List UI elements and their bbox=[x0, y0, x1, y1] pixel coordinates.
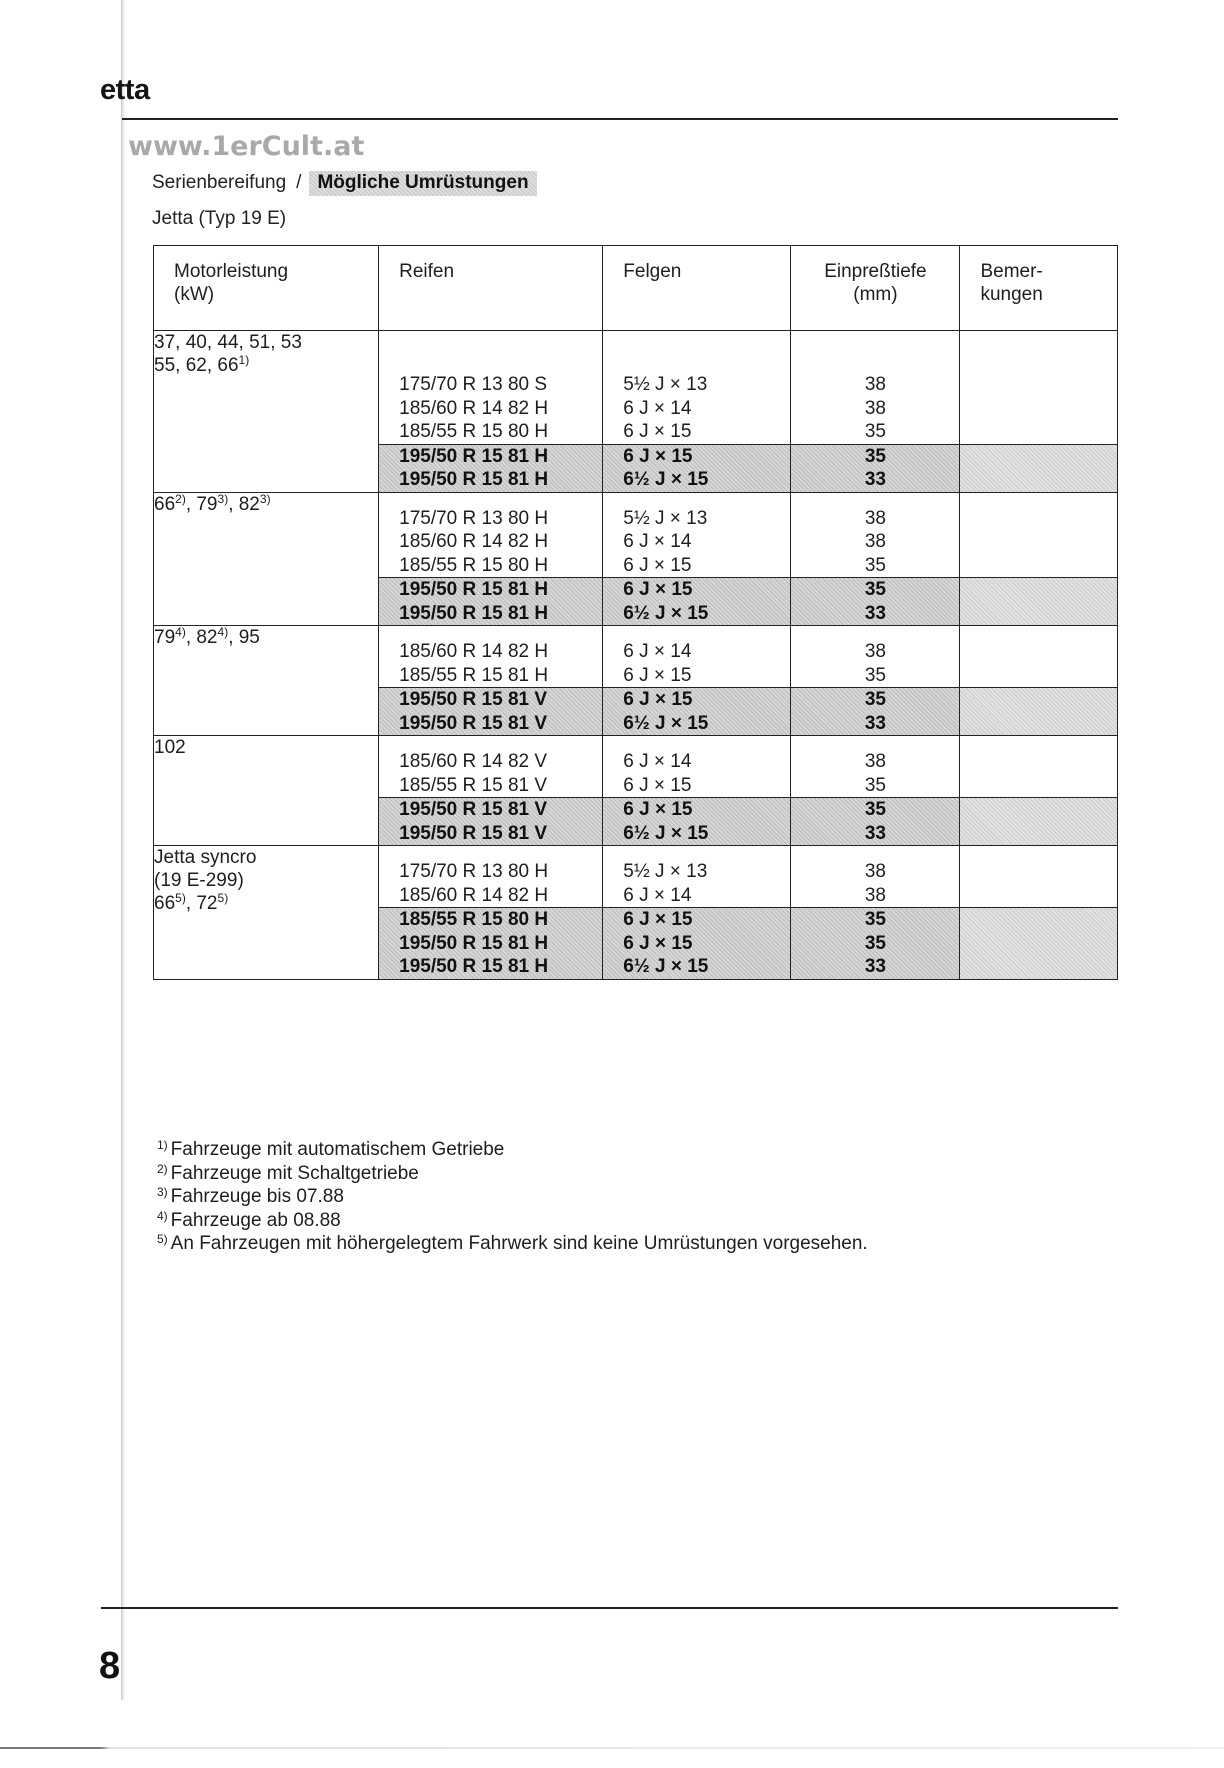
motor-power-text: 79 bbox=[154, 627, 175, 648]
std-rim-cell: 5½ J × 136 J × 146 J × 15 bbox=[603, 492, 791, 578]
alt-rim-cell: 6 J × 156½ J × 15 bbox=[603, 798, 791, 846]
depth-value: 38 bbox=[791, 640, 959, 664]
rim-value: 5½ J × 13 bbox=[623, 860, 790, 884]
tyre-value: 195/50 R 15 81 H bbox=[399, 578, 602, 602]
watermark: www.1erCult.at bbox=[128, 131, 364, 162]
alt-tyre-cell: 195/50 R 15 81 V195/50 R 15 81 V bbox=[379, 798, 603, 846]
tyre-value: 195/50 R 15 81 H bbox=[399, 445, 602, 469]
rim-value: 6 J × 14 bbox=[623, 750, 790, 774]
rim-value: 6 J × 15 bbox=[623, 908, 790, 932]
tyre-value: 195/50 R 15 81 V bbox=[399, 712, 602, 736]
motor-power-text: (19 E-299) bbox=[154, 870, 244, 891]
tyre-value: 185/60 R 14 82 H bbox=[399, 884, 602, 908]
motor-power-cell: Jetta syncro(19 E-299)665), 725) bbox=[154, 846, 379, 980]
notes-cell bbox=[960, 578, 1118, 626]
notes-cell bbox=[960, 444, 1118, 492]
std-depth-cell: 383835 bbox=[791, 492, 960, 578]
depth-value: 35 bbox=[791, 688, 959, 712]
header-motor: Motorleistung (kW) bbox=[154, 246, 379, 331]
rim-value: 6 J × 15 bbox=[623, 932, 790, 956]
std-rim-cell: 6 J × 146 J × 15 bbox=[603, 736, 791, 798]
title-divider bbox=[122, 118, 1118, 120]
depth-value: 35 bbox=[791, 664, 959, 688]
footnote-ref: 5) bbox=[218, 891, 229, 905]
footnote-ref: 1) bbox=[239, 353, 250, 367]
rim-value: 6 J × 15 bbox=[623, 664, 790, 688]
footnote-mark: 4) bbox=[157, 1209, 168, 1223]
depth-value: 33 bbox=[791, 602, 959, 626]
tyre-value: 195/50 R 15 81 H bbox=[399, 955, 602, 979]
motor-power-text: , 95 bbox=[228, 627, 260, 648]
alt-tyre-cell: 185/55 R 15 80 H195/50 R 15 81 H195/50 R… bbox=[379, 908, 603, 980]
depth-value: 35 bbox=[791, 774, 959, 798]
tyre-rim-table: Motorleistung (kW) Reifen Felgen Einpreß… bbox=[153, 245, 1118, 980]
table-row-standard: 37, 40, 44, 51, 5355, 62, 661)175/70 R 1… bbox=[154, 331, 1118, 445]
footnote-mark: 5) bbox=[157, 1232, 168, 1246]
tyre-value: 195/50 R 15 81 H bbox=[399, 602, 602, 626]
footnotes: 1)Fahrzeuge mit automatischem Getriebe2)… bbox=[157, 1138, 868, 1256]
header-tyres: Reifen bbox=[379, 246, 603, 331]
subtitle-options-highlight: Mögliche Umrüstungen bbox=[309, 171, 536, 196]
motor-power-cell: 102 bbox=[154, 736, 379, 846]
table-header-row: Motorleistung (kW) Reifen Felgen Einpreß… bbox=[154, 246, 1118, 331]
alt-depth-cell: 353533 bbox=[791, 908, 960, 980]
tyre-value: 195/50 R 15 81 H bbox=[399, 932, 602, 956]
std-depth-cell: 3835 bbox=[791, 626, 960, 688]
std-tyre-cell: 175/70 R 13 80 S185/60 R 14 82 H185/55 R… bbox=[379, 331, 603, 445]
alt-rim-cell: 6 J × 156½ J × 15 bbox=[603, 444, 791, 492]
motor-power-text: , 82 bbox=[228, 494, 260, 515]
rim-value: 6 J × 15 bbox=[623, 798, 790, 822]
motor-power-text: 37, 40, 44, 51, 53 bbox=[154, 332, 302, 353]
depth-value: 35 bbox=[791, 420, 959, 444]
scan-edge bbox=[0, 1747, 1224, 1749]
notes-cell bbox=[960, 798, 1118, 846]
tyre-value: 185/60 R 14 82 H bbox=[399, 530, 602, 554]
footnote-ref: 3) bbox=[260, 492, 271, 506]
page-number: 8 bbox=[99, 1645, 120, 1688]
footnote: 2)Fahrzeuge mit Schaltgetriebe bbox=[157, 1162, 868, 1186]
notes-cell bbox=[960, 688, 1118, 736]
std-rim-cell: 5½ J × 136 J × 146 J × 15 bbox=[603, 331, 791, 445]
motor-power-cell: 662), 793), 823) bbox=[154, 492, 379, 626]
alt-depth-cell: 3533 bbox=[791, 578, 960, 626]
rim-value: 6½ J × 15 bbox=[623, 602, 790, 626]
footer-divider bbox=[101, 1607, 1118, 1609]
alt-depth-cell: 3533 bbox=[791, 798, 960, 846]
rim-value: 6 J × 15 bbox=[623, 578, 790, 602]
motor-power-cell: 794), 824), 95 bbox=[154, 626, 379, 736]
tyre-value: 175/70 R 13 80 H bbox=[399, 507, 602, 531]
notes-cell bbox=[960, 331, 1118, 445]
rim-value: 6 J × 15 bbox=[623, 774, 790, 798]
subtitle-separator: / bbox=[296, 172, 301, 193]
tyre-value: 185/55 R 15 81 V bbox=[399, 774, 602, 798]
std-rim-cell: 5½ J × 136 J × 14 bbox=[603, 846, 791, 908]
depth-value: 33 bbox=[791, 468, 959, 492]
subtitle-standard: Serienbereifung bbox=[152, 172, 286, 193]
tyre-value: 195/50 R 15 81 V bbox=[399, 798, 602, 822]
section-subtitle: Serienbereifung/Mögliche Umrüstungen bbox=[152, 171, 537, 196]
alt-rim-cell: 6 J × 156½ J × 15 bbox=[603, 688, 791, 736]
depth-value: 38 bbox=[791, 884, 959, 908]
table-row-standard: 794), 824), 95185/60 R 14 82 H185/55 R 1… bbox=[154, 626, 1118, 688]
notes-cell bbox=[960, 846, 1118, 908]
depth-value: 35 bbox=[791, 578, 959, 602]
motor-power-text: 102 bbox=[154, 737, 186, 758]
table-row-standard: 102185/60 R 14 82 V185/55 R 15 81 V6 J ×… bbox=[154, 736, 1118, 798]
footnote-text: Fahrzeuge ab 08.88 bbox=[171, 1210, 341, 1231]
header-rims: Felgen bbox=[603, 246, 791, 331]
depth-value: 33 bbox=[791, 712, 959, 736]
std-depth-cell: 3838 bbox=[791, 846, 960, 908]
depth-value: 33 bbox=[791, 955, 959, 979]
rim-value: 6 J × 14 bbox=[623, 884, 790, 908]
rim-value: 6½ J × 15 bbox=[623, 712, 790, 736]
depth-value: 33 bbox=[791, 822, 959, 846]
motor-power-text: 66 bbox=[154, 893, 175, 914]
rim-value: 6 J × 14 bbox=[623, 530, 790, 554]
tyre-value: 185/60 R 14 82 V bbox=[399, 750, 602, 774]
footnote-ref: 5) bbox=[175, 891, 186, 905]
footnote: 3)Fahrzeuge bis 07.88 bbox=[157, 1185, 868, 1209]
tyre-value: 175/70 R 13 80 H bbox=[399, 860, 602, 884]
notes-cell bbox=[960, 492, 1118, 578]
depth-value: 38 bbox=[791, 507, 959, 531]
footnote: 5)An Fahrzeugen mit höhergelegtem Fahrwe… bbox=[157, 1232, 868, 1256]
alt-depth-cell: 3533 bbox=[791, 688, 960, 736]
depth-value: 38 bbox=[791, 860, 959, 884]
std-tyre-cell: 175/70 R 13 80 H185/60 R 14 82 H185/55 R… bbox=[379, 492, 603, 578]
tyre-value: 185/55 R 15 81 H bbox=[399, 664, 602, 688]
tyre-value: 195/50 R 15 81 V bbox=[399, 688, 602, 712]
depth-value: 38 bbox=[791, 750, 959, 774]
footnote-ref: 4) bbox=[218, 625, 229, 639]
rim-value: 6 J × 15 bbox=[623, 688, 790, 712]
tyre-value: 185/55 R 15 80 H bbox=[399, 420, 602, 444]
rim-value: 6 J × 15 bbox=[623, 445, 790, 469]
footnote-text: An Fahrzeugen mit höhergelegtem Fahrwerk… bbox=[171, 1233, 868, 1254]
footnote-ref: 3) bbox=[218, 492, 229, 506]
motor-power-text: 66 bbox=[154, 494, 175, 515]
depth-value: 35 bbox=[791, 445, 959, 469]
std-depth-cell: 383835 bbox=[791, 331, 960, 445]
motor-power-text: , 79 bbox=[186, 494, 218, 515]
alt-tyre-cell: 195/50 R 15 81 V195/50 R 15 81 V bbox=[379, 688, 603, 736]
footnote-mark: 2) bbox=[157, 1162, 168, 1176]
motor-power-text: 55, 62, 66 bbox=[154, 355, 239, 376]
rim-value: 6 J × 14 bbox=[623, 397, 790, 421]
tyre-value: 185/60 R 14 82 H bbox=[399, 397, 602, 421]
depth-value: 35 bbox=[791, 908, 959, 932]
tyre-value: 185/60 R 14 82 H bbox=[399, 640, 602, 664]
header-notes: Bemer- kungen bbox=[960, 246, 1118, 331]
depth-value: 38 bbox=[791, 397, 959, 421]
notes-cell bbox=[960, 908, 1118, 980]
motor-power-text: Jetta syncro bbox=[154, 847, 256, 868]
tyre-value: 185/55 R 15 80 H bbox=[399, 908, 602, 932]
footnote-text: Fahrzeuge mit automatischem Getriebe bbox=[171, 1139, 505, 1160]
rim-value: 6 J × 14 bbox=[623, 640, 790, 664]
footnote-ref: 4) bbox=[175, 625, 186, 639]
rim-value: 5½ J × 13 bbox=[623, 373, 790, 397]
footnote-ref: 2) bbox=[175, 492, 186, 506]
rim-value: 6 J × 15 bbox=[623, 554, 790, 578]
tyre-value: 185/55 R 15 80 H bbox=[399, 554, 602, 578]
footnote-mark: 1) bbox=[157, 1138, 168, 1152]
alt-tyre-cell: 195/50 R 15 81 H195/50 R 15 81 H bbox=[379, 444, 603, 492]
depth-value: 38 bbox=[791, 530, 959, 554]
page-binding-edge bbox=[121, 0, 125, 1700]
footnote-mark: 3) bbox=[157, 1185, 168, 1199]
motor-power-text: , 72 bbox=[186, 893, 218, 914]
footnote-text: Fahrzeuge bis 07.88 bbox=[171, 1186, 344, 1207]
header-depth: Einpreßtiefe (mm) bbox=[791, 246, 960, 331]
rim-value: 6½ J × 15 bbox=[623, 468, 790, 492]
depth-value: 35 bbox=[791, 932, 959, 956]
table-row-standard: 662), 793), 823)175/70 R 13 80 H185/60 R… bbox=[154, 492, 1118, 578]
rim-value: 6½ J × 15 bbox=[623, 955, 790, 979]
tyre-value: 195/50 R 15 81 V bbox=[399, 822, 602, 846]
std-tyre-cell: 185/60 R 14 82 V185/55 R 15 81 V bbox=[379, 736, 603, 798]
alt-depth-cell: 3533 bbox=[791, 444, 960, 492]
depth-value: 35 bbox=[791, 798, 959, 822]
table-row-standard: Jetta syncro(19 E-299)665), 725)175/70 R… bbox=[154, 846, 1118, 908]
table-body: 37, 40, 44, 51, 5355, 62, 661)175/70 R 1… bbox=[154, 331, 1118, 980]
rim-value: 6½ J × 15 bbox=[623, 822, 790, 846]
page-title: etta bbox=[100, 74, 150, 107]
motor-power-text: , 82 bbox=[186, 627, 218, 648]
rim-value: 6 J × 15 bbox=[623, 420, 790, 444]
std-tyre-cell: 185/60 R 14 82 H185/55 R 15 81 H bbox=[379, 626, 603, 688]
footnote: 1)Fahrzeuge mit automatischem Getriebe bbox=[157, 1138, 868, 1162]
std-tyre-cell: 175/70 R 13 80 H185/60 R 14 82 H bbox=[379, 846, 603, 908]
alt-rim-cell: 6 J × 156½ J × 15 bbox=[603, 578, 791, 626]
depth-value: 38 bbox=[791, 373, 959, 397]
notes-cell bbox=[960, 626, 1118, 688]
std-depth-cell: 3835 bbox=[791, 736, 960, 798]
vehicle-type: Jetta (Typ 19 E) bbox=[152, 208, 286, 230]
notes-cell bbox=[960, 736, 1118, 798]
rim-value: 5½ J × 13 bbox=[623, 507, 790, 531]
alt-tyre-cell: 195/50 R 15 81 H195/50 R 15 81 H bbox=[379, 578, 603, 626]
std-rim-cell: 6 J × 146 J × 15 bbox=[603, 626, 791, 688]
footnote-text: Fahrzeuge mit Schaltgetriebe bbox=[171, 1163, 419, 1184]
alt-rim-cell: 6 J × 156 J × 156½ J × 15 bbox=[603, 908, 791, 980]
footnote: 4)Fahrzeuge ab 08.88 bbox=[157, 1209, 868, 1233]
depth-value: 35 bbox=[791, 554, 959, 578]
tyre-value: 175/70 R 13 80 S bbox=[399, 373, 602, 397]
motor-power-cell: 37, 40, 44, 51, 5355, 62, 661) bbox=[154, 331, 379, 493]
tyre-value: 195/50 R 15 81 H bbox=[399, 468, 602, 492]
